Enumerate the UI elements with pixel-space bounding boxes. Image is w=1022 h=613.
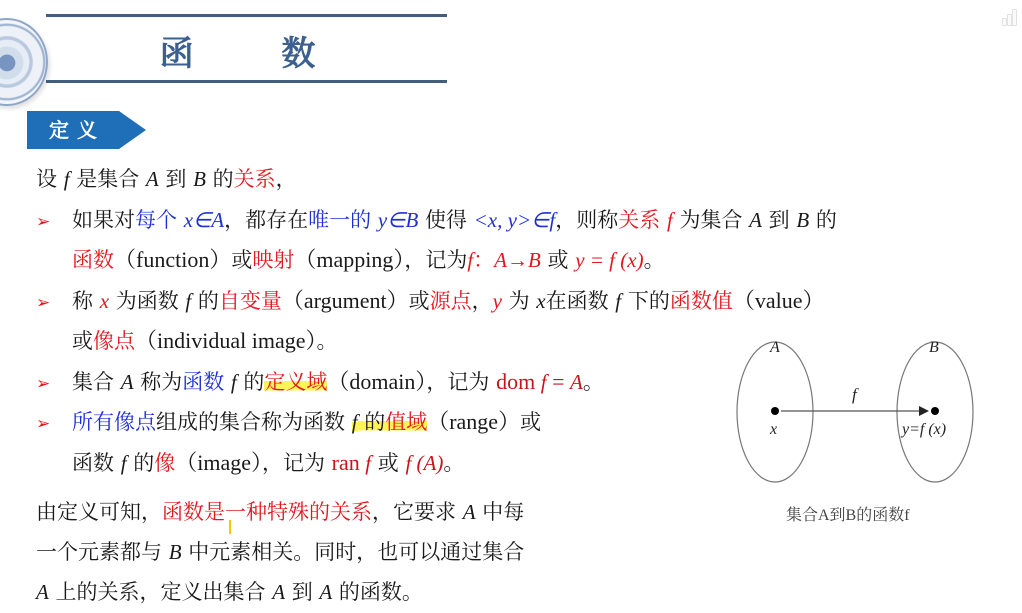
math-B: B: [796, 208, 809, 232]
term-image: 像: [154, 451, 175, 475]
text: 组成的集合称为函数: [156, 410, 352, 434]
math-y-in-B: y∈B: [378, 208, 418, 232]
math-A-to-B: A→B: [494, 248, 541, 272]
term-argument: 自变量: [219, 289, 282, 313]
bullet-1-line-2: 函数（function）或映射（mapping），记为f：A→B 或 y = f…: [36, 239, 996, 280]
english-term: （individual image）: [135, 328, 316, 353]
term-function: 函数: [182, 370, 231, 394]
bullet-1-line-1: ➢如果对每个 x∈A，都存在唯一的 y∈B 使得 <x, y>∈f，则称关系 f…: [36, 199, 996, 240]
math-A: A: [36, 580, 49, 604]
math-y-eq-fx: y = f (x): [575, 248, 643, 272]
text: 设: [36, 167, 64, 191]
diagram-caption: 集合A到B的函数f: [786, 502, 910, 525]
arrow-bullet-icon: ➢: [36, 363, 72, 405]
math-f-of-A: f (A): [405, 451, 443, 475]
text: ，都存在: [224, 208, 308, 232]
text: 。: [443, 451, 464, 475]
text: 上的关系，定义出集合: [49, 580, 272, 604]
university-logo: [0, 18, 48, 106]
text: 到: [285, 580, 319, 604]
math-ran: ran: [332, 450, 366, 475]
math-A: A: [749, 208, 762, 232]
term-domain-highlighted: 定义域: [264, 370, 327, 394]
term-all-image-points: 所有像点: [72, 410, 156, 434]
x-label: x: [769, 421, 777, 438]
english-term: （range）: [427, 409, 520, 434]
math-A: A: [570, 370, 583, 394]
text: 的函数。: [332, 580, 423, 604]
text: ，记为: [262, 451, 332, 475]
english-term: （mapping）: [294, 247, 404, 272]
text: 使得: [418, 208, 473, 232]
text: ，: [472, 289, 493, 313]
key-statement: 函数是一种特殊的关系: [162, 500, 372, 524]
bullet-2-line-1: ➢称 x 为函数 f 的自变量（argument）或源点，y 为 x在函数 f …: [36, 280, 996, 321]
section-badge: 定义: [27, 111, 119, 149]
set-B-label: B: [929, 339, 939, 356]
text: 在函数: [546, 289, 616, 313]
text: 的: [191, 289, 219, 313]
text: 或: [371, 451, 405, 475]
text: ，: [276, 167, 297, 191]
term-image-point: 像点: [93, 329, 135, 353]
text: 或: [520, 410, 541, 434]
text: 。: [583, 370, 604, 394]
term-relation: 关系: [618, 208, 667, 232]
math-A: A: [121, 370, 134, 394]
text: 中每: [476, 500, 525, 524]
point-y: [931, 407, 939, 415]
logo-emblem: [0, 42, 24, 80]
term-mapping: 映射: [252, 248, 294, 272]
page-title: 函 数: [46, 26, 447, 75]
term-unique: 唯一的: [308, 208, 378, 232]
english-term: （value）: [733, 288, 825, 313]
text: ，记为: [426, 370, 496, 394]
english-term: （function）: [114, 247, 231, 272]
math-y: y: [493, 289, 502, 313]
text: 的: [237, 370, 265, 394]
text: 下的: [621, 289, 670, 313]
math-pair: <x, y>∈f: [474, 208, 556, 232]
text: 称为: [134, 370, 183, 394]
text: ：: [473, 248, 494, 272]
text: 。: [316, 329, 337, 353]
term-source: 源点: [430, 289, 472, 313]
intro-line: 设 f 是集合 A 到 B 的关系，: [36, 158, 996, 199]
english-term: （image）: [175, 450, 262, 475]
text: 或: [541, 248, 575, 272]
term-every: 每个: [135, 208, 184, 232]
text: 到: [159, 167, 193, 191]
english-term: （domain）: [327, 369, 426, 394]
math-A: A: [319, 580, 332, 604]
arrow-bullet-icon: ➢: [36, 201, 72, 243]
text: 为: [502, 289, 536, 313]
text: 为函数: [109, 289, 185, 313]
text: 由定义可知，: [36, 500, 162, 524]
text: ，记为: [404, 248, 467, 272]
point-x: [771, 407, 779, 415]
math-f-highlighted: f: [352, 410, 358, 434]
math-A: A: [146, 167, 159, 191]
text: 的: [127, 451, 155, 475]
title-rule-top: [46, 14, 447, 17]
text: 或: [409, 289, 430, 313]
term-range-highlighted: 值域: [385, 410, 427, 434]
math-B: B: [193, 167, 206, 191]
math-eq: =: [547, 369, 570, 394]
signal-bars-icon: [1002, 8, 1018, 26]
term-relation: 关系: [234, 167, 276, 191]
conclusion-line-1: 由定义可知，函数是一种特殊的关系，它要求 A 中每: [36, 492, 656, 532]
text: 为集合: [673, 208, 749, 232]
text: 称: [72, 289, 100, 313]
arrow-bullet-icon: ➢: [36, 403, 72, 445]
math-x: x: [536, 289, 545, 313]
arrow-head-icon: [919, 406, 929, 416]
math-dom: dom: [496, 369, 541, 394]
text: 一个元素都与: [36, 540, 169, 564]
math-A: A: [463, 500, 476, 524]
math-A: A: [272, 580, 285, 604]
math-B: B: [169, 540, 182, 564]
math-x-in-A: x∈A: [184, 208, 224, 232]
text: 或: [231, 248, 252, 272]
conclusion-paragraph: 由定义可知，函数是一种特殊的关系，它要求 A 中每 一个元素都与 B 中元素相关…: [36, 492, 656, 612]
conclusion-line-3: A 上的关系，定义出集合 A 到 A 的函数。: [36, 572, 656, 612]
text: 集合: [72, 370, 121, 394]
term-function: 函数: [72, 248, 114, 272]
math-x: x: [100, 289, 109, 313]
text: 的: [809, 208, 837, 232]
text: ，它要求: [372, 500, 463, 524]
badge-arrow-shape: [119, 111, 146, 149]
text: ，则称: [555, 208, 618, 232]
text: 的: [206, 167, 234, 191]
english-term: （argument）: [282, 288, 409, 313]
text-cursor: [229, 520, 231, 534]
arrow-bullet-icon: ➢: [36, 282, 72, 324]
text: 中元素相关。同时，也可以通过集合: [182, 540, 525, 564]
conclusion-line-2: 一个元素都与 B 中元素相关。同时，也可以通过集合: [36, 532, 656, 572]
text: 到: [762, 208, 796, 232]
text-highlighted: 的: [358, 410, 386, 434]
title-rule-bottom: [46, 80, 447, 83]
text: 是集合: [70, 167, 146, 191]
text: 。: [644, 248, 665, 272]
term-value: 函数值: [670, 289, 733, 313]
set-A-label: A: [769, 339, 780, 356]
arrow-label: f: [852, 385, 859, 404]
text: 或: [72, 329, 93, 353]
y-label: y=f (x): [900, 421, 946, 438]
text: 函数: [72, 451, 121, 475]
text: 如果对: [72, 208, 135, 232]
